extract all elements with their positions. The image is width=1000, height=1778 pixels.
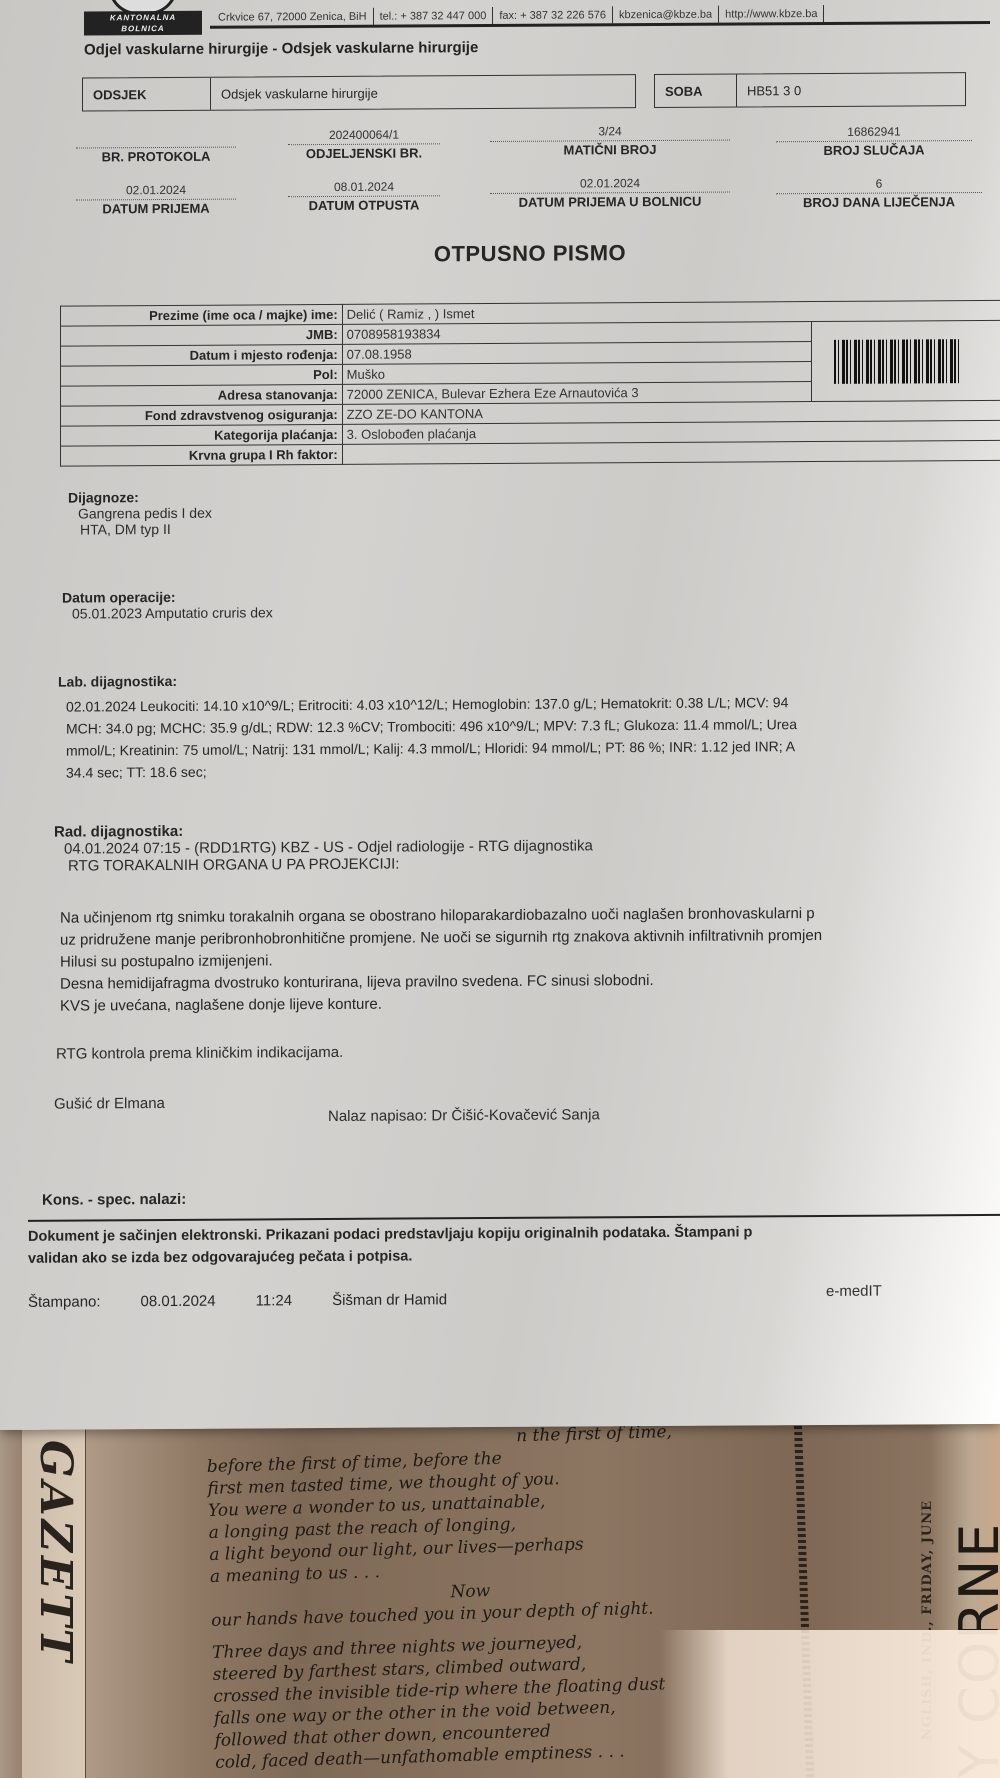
field-datum-prijema: 02.01.2024 DATUM PRIJEMA xyxy=(76,183,236,217)
contact-bar: Crkvice 67, 72000 Zenica, BiH tel.: + 38… xyxy=(210,4,990,29)
background-book: GAZETT n the first of time, before the f… xyxy=(0,1420,1000,1778)
gazette-title: GAZETT xyxy=(30,1440,81,1665)
operation-section: Datum operacije: 05.01.2023 Amputatio cr… xyxy=(62,588,273,621)
barcode-cell xyxy=(812,320,1000,401)
operation-heading: Datum operacije: xyxy=(62,588,273,605)
printed-info: Štampano: 08.01.2024 11:24 Šišman dr Ham… xyxy=(28,1291,487,1311)
soba-box: SOBA HB51 3 0 xyxy=(654,72,966,108)
field-br-protokola: BR. PROTOKOLA xyxy=(76,131,236,165)
document-title: OTPUSNO PISMO xyxy=(0,238,1000,270)
radiology-recommendation: RTG kontrola prema kliničkim indikacijam… xyxy=(56,1044,343,1063)
field-maticni-broj: 3/24 MATIČNI BROJ xyxy=(490,124,730,158)
printed-date: 08.01.2024 xyxy=(141,1293,216,1310)
field-odjeljenski-br: 202400064/1 ODJELJENSKI BR. xyxy=(288,127,440,161)
disclaimer: Dokument je sačinjen elektronski. Prikaz… xyxy=(28,1214,1000,1270)
hospital-logo: KANTONALNA BOLNICA xyxy=(82,0,204,35)
field-datum-prijema-u-bolnicu: 02.01.2024 DATUM PRIJEMA U BOLNICU xyxy=(490,176,730,210)
phone: tel.: + 387 32 447 000 xyxy=(374,7,494,25)
address: Crkvice 67, 72000 Zenica, BiH xyxy=(210,8,374,26)
printed-time: 11:24 xyxy=(256,1292,292,1309)
field-broj-dana-lijecenja: 6 BROJ DANA LIJEČENJA xyxy=(776,176,982,210)
consult-heading: Kons. - spec. nalazi: xyxy=(42,1191,186,1209)
website-link[interactable]: http://www.kbze.ba xyxy=(719,5,824,23)
diagnoses-heading: Dijagnoze: xyxy=(68,489,212,506)
field-broj-slucaja: 16862941 BROJ SLUČAJA xyxy=(776,124,972,158)
odsjek-label: ODSJEK xyxy=(83,78,211,111)
radiology-doctor: Gušić dr Elmana xyxy=(54,1095,165,1113)
email-link[interactable]: kbzenica@kbze.ba xyxy=(613,6,719,24)
department-title: Odjel vaskularne hirurgije - Odsjek vask… xyxy=(84,39,478,58)
printed-label: Štampano: xyxy=(28,1293,101,1310)
fax: fax: + 387 32 226 576 xyxy=(493,6,613,24)
discharge-letter: KANTONALNA BOLNICA Crkvice 67, 72000 Zen… xyxy=(0,0,1000,1430)
sunlight-patch xyxy=(660,1630,1000,1778)
poem-text: n the first of time, before the first of… xyxy=(206,1421,681,1774)
radiology-exam: RTG TORAKALNIH ORGANA U PA PROJEKCIJI: xyxy=(54,854,593,874)
radiology-findings: Na učinjenom rtg snimku torakalnih organ… xyxy=(60,902,1000,1018)
radiology-meta: 04.01.2024 07:15 - (RDD1RTG) KBZ - US - … xyxy=(54,837,593,857)
field-datum-otpusta: 08.01.2024 DATUM OTPUSTA xyxy=(288,179,440,213)
diagnoses-section: Dijagnoze: Gangrena pedis I dex HTA, DM … xyxy=(68,489,212,538)
logo-banner: KANTONALNA BOLNICA xyxy=(84,11,202,36)
soba-value: HB51 3 0 xyxy=(737,83,811,98)
operation-text: 05.01.2023 Amputatio cruris dex xyxy=(62,604,273,621)
system-name: e-medIT xyxy=(826,1283,882,1300)
patient-info-table: Prezime (ime oca / majke) ime: Delić ( R… xyxy=(60,300,1000,467)
odsjek-value: Odsjek vaskularne hirurgije xyxy=(211,85,388,101)
report-author: Nalaz napisao: Dr Čišić-Kovačević Sanja xyxy=(328,1106,600,1125)
lab-results: 02.01.2024 Leukociti: 14.10 x10^9/L; Eri… xyxy=(66,690,1000,784)
soba-label: SOBA xyxy=(655,74,737,107)
lab-heading: Lab. dijagnostika: xyxy=(58,673,177,690)
barcode-icon xyxy=(834,339,962,384)
odsjek-box: ODSJEK Odsjek vaskularne hirurgije xyxy=(82,74,636,111)
printed-by: Šišman dr Hamid xyxy=(332,1291,447,1309)
radiology-section: Rad. dijagnostika: 04.01.2024 07:15 - (R… xyxy=(54,820,593,874)
